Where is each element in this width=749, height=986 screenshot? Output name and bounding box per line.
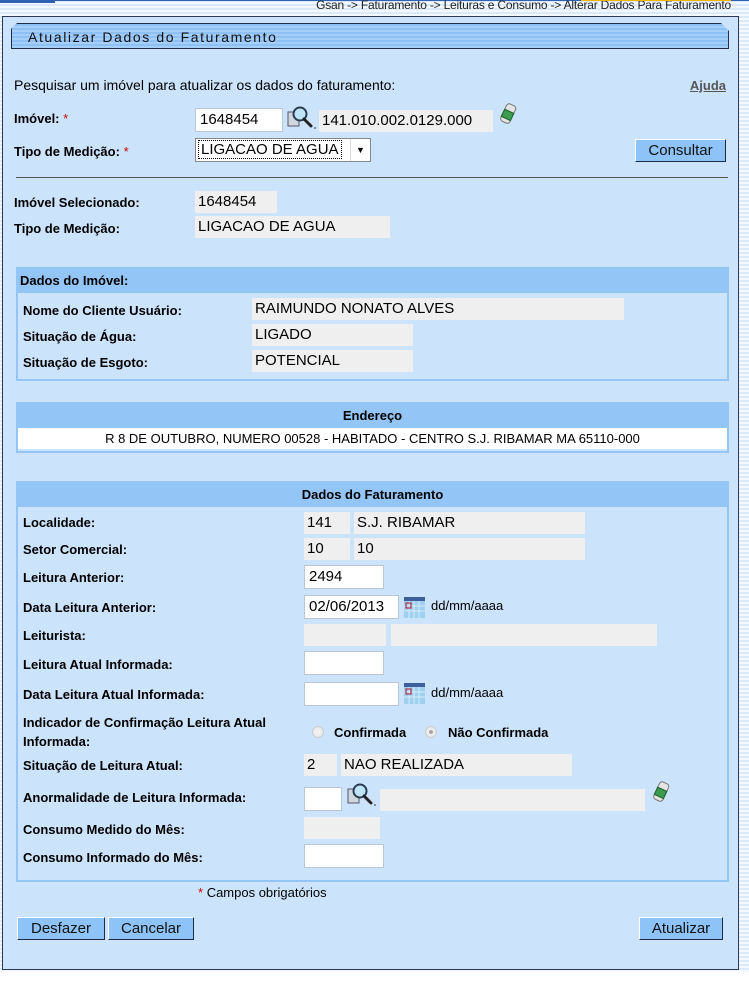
imovel-label-text: Imóvel: bbox=[14, 111, 60, 126]
tipo-selecionado-value: LIGACAO DE AGUA bbox=[195, 216, 390, 238]
dados-faturamento-section: Dados do Faturamento Localidade: 141 S.J… bbox=[16, 481, 729, 882]
eraser-icon[interactable] bbox=[497, 102, 519, 126]
leiturista-name bbox=[391, 624, 657, 646]
tipo-medicao-label-text: Tipo de Medição: bbox=[14, 144, 120, 159]
indicador-label-line1: Indicador de Confirmação Leitura Atual bbox=[23, 713, 266, 732]
dados-imovel-header: Dados do Imóvel: bbox=[18, 269, 727, 293]
situacao-esgoto-value: POTENCIAL bbox=[252, 350, 413, 372]
leiturista-label: Leiturista: bbox=[23, 628, 86, 643]
help-link[interactable]: Ajuda bbox=[690, 78, 726, 93]
indicador-confirmacao-label: Indicador de Confirmação Leitura Atual I… bbox=[23, 713, 266, 751]
radio-confirmada[interactable] bbox=[312, 726, 324, 738]
setor-comercial-code: 10 bbox=[304, 538, 350, 560]
radio-nao-confirmada-label: Não Confirmada bbox=[448, 725, 548, 740]
situacao-agua-label: Situação de Água: bbox=[23, 329, 136, 344]
endereco-header: Endereço bbox=[18, 404, 727, 428]
required-note: * Campos obrigatórios bbox=[198, 885, 327, 900]
anormalidade-label: Anormalidade de Leitura Informada: bbox=[23, 790, 246, 805]
breadcrumb: Gsan -> Faturamento -> Leituras e Consum… bbox=[316, 0, 731, 12]
data-leitura-anterior-input[interactable]: 02/06/2013 bbox=[304, 595, 399, 619]
endereco-value: R 8 DE OUTUBRO, NUMERO 00528 - HABITADO … bbox=[18, 428, 727, 449]
tipo-medicao-label: Tipo de Medição: * bbox=[14, 144, 129, 159]
required-mark: * bbox=[198, 885, 203, 900]
imovel-selecionado-value: 1648454 bbox=[195, 191, 277, 213]
consumo-medido-label: Consumo Medido do Mês: bbox=[23, 822, 185, 837]
calendar-icon[interactable] bbox=[403, 596, 426, 619]
endereco-section: Endereço R 8 DE OUTUBRO, NUMERO 00528 - … bbox=[16, 402, 729, 453]
tipo-medicao-select[interactable]: LIGACAO DE AGUA ▼ bbox=[195, 138, 371, 162]
atualizar-button[interactable]: Atualizar bbox=[639, 917, 723, 940]
dados-faturamento-header: Dados do Faturamento bbox=[18, 483, 727, 507]
calendar-icon[interactable] bbox=[403, 682, 426, 705]
search-icon[interactable] bbox=[286, 105, 316, 129]
situacao-leitura-label: Situação de Leitura Atual: bbox=[23, 758, 183, 773]
anormalidade-name bbox=[380, 789, 645, 811]
eraser-icon[interactable] bbox=[650, 780, 672, 804]
indicador-label-line2: Informada: bbox=[23, 732, 266, 751]
top-accent-strip bbox=[0, 0, 55, 3]
consumo-informado-label: Consumo Informado do Mês: bbox=[23, 850, 203, 865]
anormalidade-code-input[interactable] bbox=[304, 787, 342, 811]
page-title-bar: Atualizar Dados do Faturamento bbox=[11, 23, 729, 49]
leitura-atual-input[interactable] bbox=[304, 651, 384, 675]
breadcrumb-text: Gsan -> Faturamento -> Leituras e Consum… bbox=[316, 0, 731, 12]
situacao-agua-value: LIGADO bbox=[252, 324, 413, 346]
cliente-value: RAIMUNDO NONATO ALVES bbox=[252, 298, 624, 320]
localidade-name: S.J. RIBAMAR bbox=[354, 512, 585, 534]
main-panel: Atualizar Dados do Faturamento Pesquisar… bbox=[2, 16, 739, 970]
leitura-anterior-label: Leitura Anterior: bbox=[23, 570, 124, 585]
consumo-medido-value bbox=[304, 817, 380, 839]
data-leitura-anterior-label: Data Leitura Anterior: bbox=[23, 600, 156, 615]
date-format-hint: dd/mm/aaaa bbox=[431, 685, 503, 700]
setor-comercial-label: Setor Comercial: bbox=[23, 542, 127, 557]
situacao-esgoto-label: Situação de Esgoto: bbox=[23, 355, 148, 370]
cliente-label: Nome do Cliente Usuário: bbox=[23, 303, 182, 318]
situacao-leitura-name: NAO REALIZADA bbox=[341, 754, 572, 776]
search-icon[interactable] bbox=[346, 782, 376, 806]
data-leitura-atual-label: Data Leitura Atual Informada: bbox=[23, 687, 205, 702]
tipo-selecionado-label: Tipo de Medição: bbox=[14, 221, 120, 236]
tipo-medicao-selected: LIGACAO DE AGUA bbox=[198, 140, 342, 159]
radio-nao-confirmada[interactable] bbox=[425, 726, 437, 738]
desfazer-button[interactable]: Desfazer bbox=[17, 917, 105, 940]
required-mark: * bbox=[124, 144, 129, 159]
situacao-leitura-code: 2 bbox=[304, 754, 337, 776]
imovel-selecionado-label: Imóvel Selecionado: bbox=[14, 195, 140, 210]
chevron-down-icon[interactable]: ▼ bbox=[350, 139, 370, 161]
leitura-anterior-input[interactable]: 2494 bbox=[304, 565, 384, 589]
leitura-atual-label: Leitura Atual Informada: bbox=[23, 657, 173, 672]
cancelar-button[interactable]: Cancelar bbox=[108, 917, 194, 940]
divider bbox=[16, 177, 728, 178]
imovel-input[interactable]: 1648454 bbox=[195, 108, 283, 132]
imovel-inscricao: 141.010.002.0129.000 bbox=[319, 110, 493, 132]
localidade-label: Localidade: bbox=[23, 515, 95, 530]
consumo-informado-input[interactable] bbox=[304, 844, 384, 868]
required-mark: * bbox=[63, 111, 68, 126]
date-format-hint: dd/mm/aaaa bbox=[431, 598, 503, 613]
setor-comercial-name: 10 bbox=[354, 538, 585, 560]
data-leitura-atual-input[interactable] bbox=[304, 682, 399, 706]
breadcrumb-highlight bbox=[581, 0, 731, 1]
leiturista-code bbox=[304, 624, 386, 646]
imovel-label: Imóvel: * bbox=[14, 111, 68, 126]
dados-imovel-section: Dados do Imóvel: Nome do Cliente Usuário… bbox=[16, 267, 729, 381]
page-title: Atualizar Dados do Faturamento bbox=[28, 29, 278, 45]
radio-confirmada-label: Confirmada bbox=[334, 725, 406, 740]
localidade-code: 141 bbox=[304, 512, 350, 534]
search-instruction: Pesquisar um imóvel para atualizar os da… bbox=[14, 77, 395, 93]
required-note-text: Campos obrigatórios bbox=[207, 885, 327, 900]
consultar-button[interactable]: Consultar bbox=[635, 139, 726, 162]
